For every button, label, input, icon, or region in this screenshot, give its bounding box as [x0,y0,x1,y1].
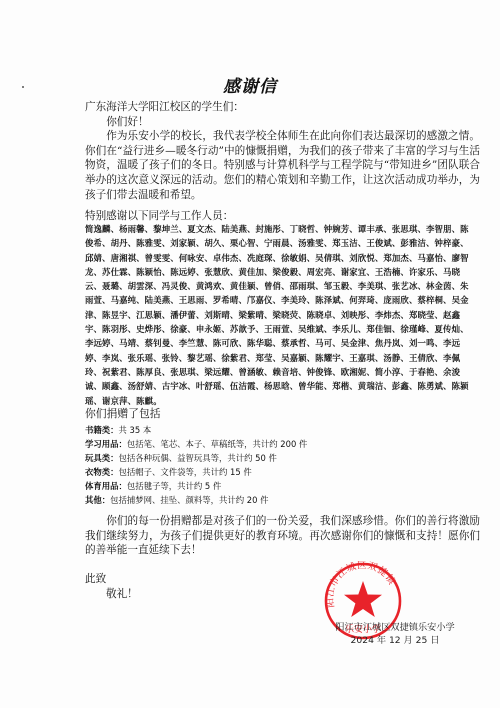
donation-category: 玩具类： [85,453,119,463]
donation-item: 学习用品：包括笔、笔芯、本子、草稿纸等，共计约 200 件 [85,437,307,451]
donation-detail: 包括捕梦网、挂坠、颜料等，共计约 20 件 [110,495,268,505]
donation-item: 衣物类：包括帽子、文件袋等，共计约 15 件 [85,465,307,479]
donation-detail: 包括帽子、文件袋等，共计约 15 件 [119,467,252,477]
donation-item: 体育用品：包括毽子等，共计约 5 件 [85,479,307,493]
donation-heading: 你们捐赠了包括 [85,406,161,421]
names-list: 简逸麟、杨雨馨、黎坤兰、夏文杰、陆美燕、封施彤、丁晓哲、钟婉芳、谭丰承、张思琪、… [85,222,477,408]
donation-category: 其他： [85,495,110,505]
greeting: 你们好！ [85,115,480,130]
sign-off-line-1: 此致 [85,572,138,587]
donation-detail: 包括毽子等，共计约 5 件 [127,481,221,491]
donation-item: 其他：包括捕梦网、挂坠、颜料等，共计约 20 件 [85,493,307,507]
donation-item: 玩具类：包括各种玩偶、益智玩具等，共计约 50 件 [85,451,307,465]
letter-page: 感谢信 广东海洋大学阳江校区的学生们： 你们好！ 作为乐安小学的校长，我代表学校… [0,0,500,708]
signature-date: 2024 年 12 月 25 日 [300,634,490,647]
intro-paragraph: 作为乐安小学的校长，我代表学校全体师生在此向你们表达最深切的感激之情。你们在“益… [85,129,480,202]
donation-category: 衣物类： [85,467,119,477]
letter-title: 感谢信 [0,72,500,97]
donation-category: 书籍类： [85,425,119,435]
donation-category: 体育用品： [85,481,127,491]
donation-detail: 包括笔、笔芯、本子、草稿纸等，共计约 200 件 [127,439,307,449]
donation-detail: 包括各种玩偶、益智玩具等，共计约 50 件 [119,453,277,463]
thanks-heading: 特别感谢以下同学与工作人员： [85,208,233,223]
donation-category: 学习用品： [85,439,127,449]
signature-organization: 阳江市江城区双捷镇乐安小学 [300,621,490,634]
donation-list: 书籍类：共 35 本 学习用品：包括笔、笔芯、本子、草稿纸等，共计约 200 件… [85,423,307,508]
donation-item: 书籍类：共 35 本 [85,423,307,437]
closing-paragraph: 你们的每一份捐赠都是对孩子们的一份关爱，我们深感珍惜。你们的善行将激励我们继续努… [85,514,480,558]
donation-detail: 共 35 本 [119,425,152,435]
salutation: 广东海洋大学阳江校区的学生们： [85,100,480,115]
sign-off-line-2: 敬礼！ [85,587,138,602]
letter-body: 广东海洋大学阳江校区的学生们： 你们好！ 作为乐安小学的校长，我代表学校全体师生… [85,100,480,202]
signature-block: 阳江市江城区双捷镇乐安小学 2024 年 12 月 25 日 [300,621,490,647]
sign-off: 此致 敬礼！ [85,572,138,602]
closing-section: 你们的每一份捐赠都是对孩子们的一份关爱，我们深感珍惜。你们的善行将激励我们继续努… [85,514,480,558]
